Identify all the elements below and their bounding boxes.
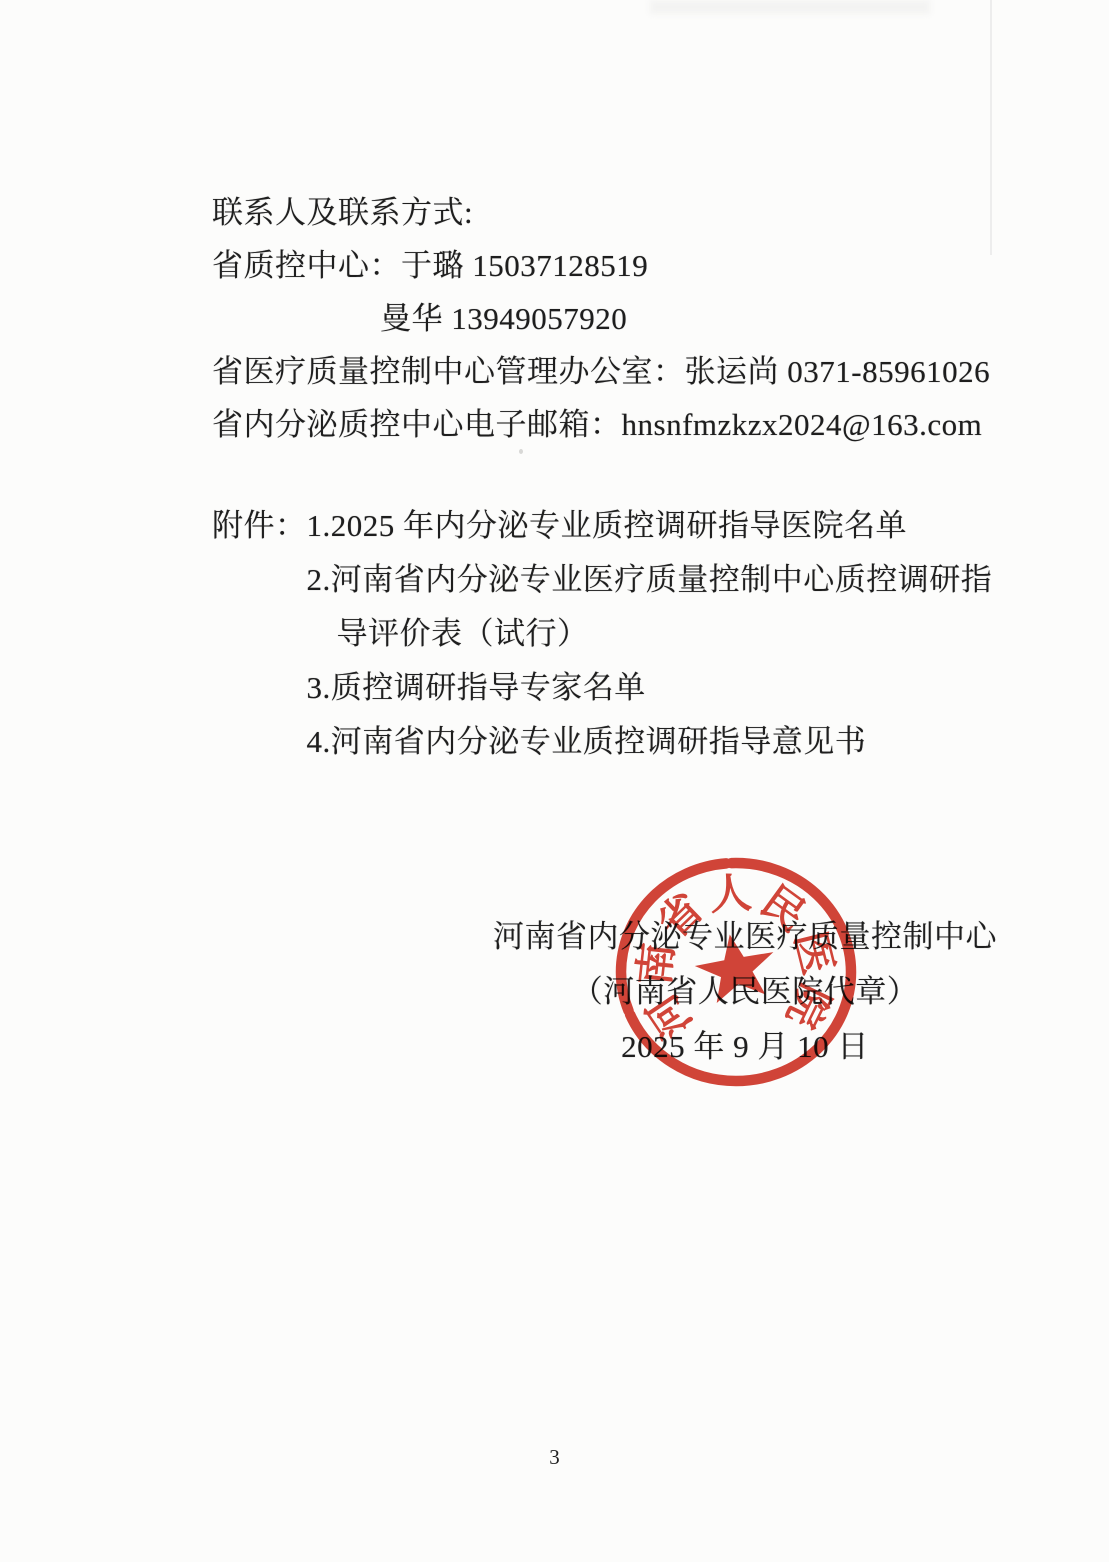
seal-character: 院 <box>777 977 838 1035</box>
attachments-list: 1.2025 年内分泌专业质控调研指导医院名单 2.河南省内分泌专业医疗质量控制… <box>307 499 993 769</box>
contact-line-email: 省内分泌质控中心电子邮箱：hnsnfmzkzx2024@163.com <box>212 398 990 451</box>
scan-artifact-smudge <box>650 0 930 14</box>
document-page: 联系人及联系方式: 省质控中心：于璐 15037128519 曼华 139490… <box>0 0 1109 1562</box>
official-seal: 河南省人民医院 <box>591 855 881 1089</box>
contact-line-qc-center: 省质控中心：于璐 15037128519 <box>212 239 990 292</box>
attachment-item-3: 3.质控调研指导专家名单 <box>307 661 993 715</box>
attachments-block: 附件： 1.2025 年内分泌专业质控调研指导医院名单 2.河南省内分泌专业医疗… <box>212 499 992 769</box>
star-icon <box>690 928 780 1006</box>
contact-line-office: 省医疗质量控制中心管理办公室：张运尚 0371-85961026 <box>212 345 990 398</box>
attachment-item-1: 1.2025 年内分泌专业质控调研指导医院名单 <box>307 499 993 553</box>
seal-character: 人 <box>708 871 753 920</box>
page-number: 3 <box>0 1444 1109 1470</box>
scan-artifact-line <box>990 0 992 255</box>
attachment-item-4: 4.河南省内分泌专业质控调研指导意见书 <box>307 715 993 769</box>
seal-character: 南 <box>631 941 682 988</box>
contact-heading: 联系人及联系方式: <box>212 186 990 239</box>
attachments-label: 附件： <box>212 499 307 553</box>
attachment-item-2-continued: 导评价表（试行） <box>307 607 993 661</box>
contact-block: 联系人及联系方式: 省质控中心：于璐 15037128519 曼华 139490… <box>212 186 990 451</box>
seal-character: 医 <box>785 927 840 979</box>
attachment-item-2: 2.河南省内分泌专业医疗质量控制中心质控调研指 <box>307 553 993 607</box>
contact-line-person2: 曼华 13949057920 <box>212 292 990 345</box>
